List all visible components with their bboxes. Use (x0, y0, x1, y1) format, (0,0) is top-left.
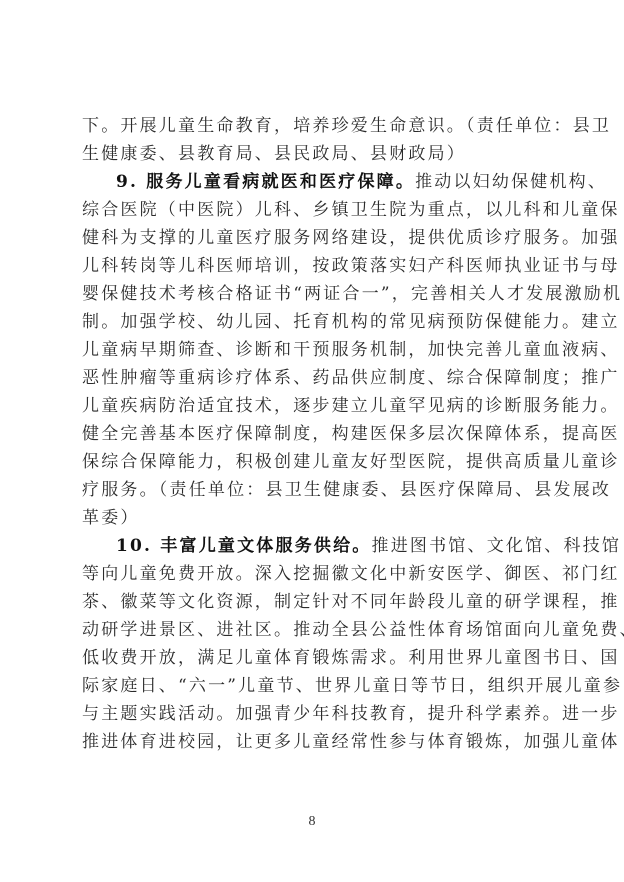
text-line: 等向儿童免费开放。深入挖掘徽文化中新安医学、御医、祁门红 (82, 560, 544, 588)
text-line: 低收费开放，满足儿童体育锻炼需求。利用世界儿童图书日、国 (82, 644, 544, 672)
text-line: 儿科转岗等儿科医师培训，按政策落实妇产科医师执业证书与母 (82, 252, 544, 280)
text-line: 保综合保障能力，积极创建儿童友好型医院，提供高质量儿童诊 (82, 448, 544, 476)
section-10-heading-line: 10. 丰富儿童文体服务供给。推进图书馆、文化馆、科技馆 (82, 532, 544, 560)
section-10-heading: 10. 丰富儿童文体服务供给。 (116, 536, 372, 556)
text-line: 儿童疾病防治适宜技术，逐步建立儿童罕见病的诊断服务能力。 (82, 392, 544, 420)
section-9-heading-line: 9. 服务儿童看病就医和医疗保障。推动以妇幼保健机构、 (82, 168, 544, 196)
text-line: 生健康委、县教育局、县民政局、县财政局） (82, 140, 544, 168)
text-line: 茶、徽菜等文化资源，制定针对不同年龄段儿童的研学课程，推 (82, 588, 544, 616)
text-line: 革委） (82, 504, 544, 532)
text-line: 健科为支撑的儿童医疗服务网络建设，提供优质诊疗服务。加强 (82, 224, 544, 252)
text-run: 推动以妇幼保健机构、 (415, 172, 607, 192)
text-line: 推进体育进校园，让更多儿童经常性参与体育锻炼，加强儿童体 (82, 728, 544, 756)
text-line: 制。加强学校、幼儿园、托育机构的常见病预防保健能力。建立 (82, 308, 544, 336)
text-line: 动研学进景区、进社区。推动全县公益性体育场馆面向儿童免费、 (82, 616, 544, 644)
text-line: 综合医院（中医院）儿科、乡镇卫生院为重点，以儿科和儿童保 (82, 196, 544, 224)
page-number: 8 (0, 814, 624, 830)
text-line: 恶性肿瘤等重病诊疗体系、药品供应制度、综合保障制度；推广 (82, 364, 544, 392)
text-line: 健全完善基本医疗保障制度，构建医保多层次保障体系，提高医 (82, 420, 544, 448)
text-line: 婴保健技术考核合格证书“两证合一”，完善相关人才发展激励机 (82, 280, 544, 308)
text-line: 下。开展儿童生命教育，培养珍爱生命意识。（责任单位：县卫 (82, 112, 544, 140)
text-line: 际家庭日、“六一”儿童节、世界儿童日等节日，组织开展儿童参 (82, 672, 544, 700)
text-line: 与主题实践活动。加强青少年科技教育，提升科学素养。进一步 (82, 700, 544, 728)
document-page: 下。开展儿童生命教育，培养珍爱生命意识。（责任单位：县卫 生健康委、县教育局、县… (0, 0, 624, 882)
text-line: 儿童病早期筛查、诊断和干预服务机制，加快完善儿童血液病、 (82, 336, 544, 364)
body-text: 下。开展儿童生命教育，培养珍爱生命意识。（责任单位：县卫 生健康委、县教育局、县… (82, 112, 544, 756)
text-line: 疗服务。（责任单位：县卫生健康委、县医疗保障局、县发展改 (82, 476, 544, 504)
section-9-heading: 9. 服务儿童看病就医和医疗保障。 (116, 172, 415, 192)
text-run: 推进图书馆、文化馆、科技馆 (372, 536, 622, 556)
